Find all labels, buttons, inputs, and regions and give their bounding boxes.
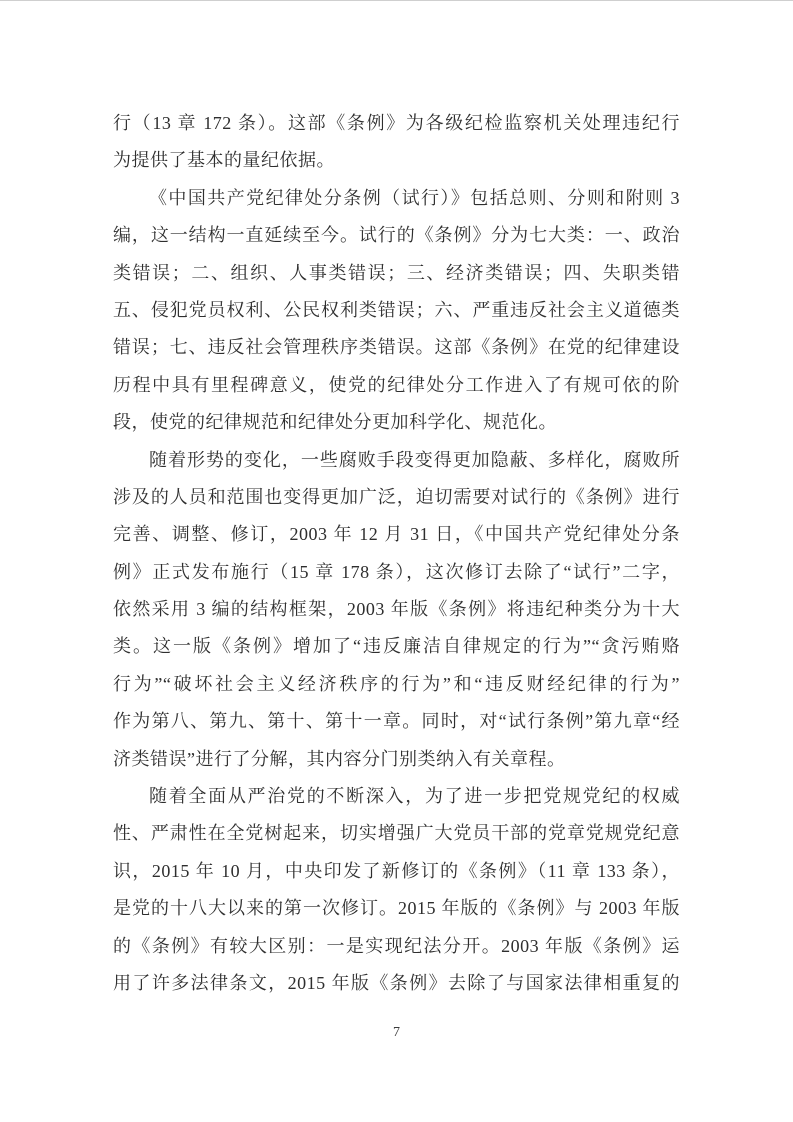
text-line: 《中国共产党纪律处分条例（试行）》包括总则、分则和附则 3 <box>113 180 680 217</box>
text-line: 完善、调整、修订，2003 年 12 月 31 日，《中国共产党纪律处分条 <box>113 516 680 553</box>
document-page: 行（13 章 172 条）。这部《条例》为各级纪检监察机关处理违纪行为提供了基本… <box>0 0 793 1122</box>
text-line: 历程中具有里程碑意义，使党的纪律处分工作进入了有规可依的阶 <box>113 367 680 404</box>
page-footer: 7 <box>0 1023 793 1041</box>
text-line: 类。这一版《条例》增加了“违反廉洁自律规定的行为”“贪污贿赂 <box>113 628 680 665</box>
text-line: 随着全面从严治党的不断深入，为了进一步把党规党纪的权威 <box>113 778 680 815</box>
text-line: 涉及的人员和范围也变得更加广泛，迫切需要对试行的《条例》进行 <box>113 479 680 516</box>
text-line: 依然采用 3 编的结构框架，2003 年版《条例》将违纪种类分为十大 <box>113 591 680 628</box>
page-number: 7 <box>393 1025 400 1040</box>
text-line: 济类错误”进行了分解，其内容分门别类纳入有关章程。 <box>113 741 680 778</box>
text-line: 随着形势的变化，一些腐败手段变得更加隐蔽、多样化，腐败所 <box>113 442 680 479</box>
text-line: 行为”“破坏社会主义经济秩序的行为”和“违反财经纪律的行为” <box>113 666 680 703</box>
text-line: 例》正式发布施行（15 章 178 条），这次修订去除了“试行”二字， <box>113 554 680 591</box>
text-line: 段，使党的纪律规范和纪律处分更加科学化、规范化。 <box>113 404 680 441</box>
text-line: 性、严肃性在全党树起来，切实增强广大党员干部的党章党规党纪意 <box>113 815 680 852</box>
text-line: 行（13 章 172 条）。这部《条例》为各级纪检监察机关处理违纪行 <box>113 105 680 142</box>
text-line: 为提供了基本的量纪依据。 <box>113 142 680 179</box>
text-line: 的《条例》有较大区别：一是实现纪法分开。2003 年版《条例》运 <box>113 928 680 965</box>
text-line: 识，2015 年 10 月，中央印发了新修订的《条例》（11 章 133 条）， <box>113 853 680 890</box>
text-line: 是党的十八大以来的第一次修订。2015 年版的《条例》与 2003 年版 <box>113 890 680 927</box>
text-line: 作为第八、第九、第十、第十一章。同时，对“试行条例”第九章“经 <box>113 703 680 740</box>
text-line: 错误；七、违反社会管理秩序类错误。这部《条例》在党的纪律建设 <box>113 329 680 366</box>
text-line: 用了许多法律条文，2015 年版《条例》去除了与国家法律相重复的 <box>113 965 680 1002</box>
text-line: 五、侵犯党员权利、公民权利类错误；六、严重违反社会主义道德类 <box>113 292 680 329</box>
text-line: 编，这一结构一直延续至今。试行的《条例》分为七大类：一、政治 <box>113 217 680 254</box>
paragraph: 《中国共产党纪律处分条例（试行）》包括总则、分则和附则 3编，这一结构一直延续至… <box>113 180 680 442</box>
paragraph: 行（13 章 172 条）。这部《条例》为各级纪检监察机关处理违纪行为提供了基本… <box>113 105 680 180</box>
paragraph: 随着形势的变化，一些腐败手段变得更加隐蔽、多样化，腐败所涉及的人员和范围也变得更… <box>113 442 680 779</box>
text-line: 类错误；二、组织、人事类错误；三、经济类错误；四、失职类错误； <box>113 255 680 292</box>
paragraph: 随着全面从严治党的不断深入，为了进一步把党规党纪的权威性、严肃性在全党树起来，切… <box>113 778 680 1002</box>
document-body: 行（13 章 172 条）。这部《条例》为各级纪检监察机关处理违纪行为提供了基本… <box>113 105 680 1002</box>
